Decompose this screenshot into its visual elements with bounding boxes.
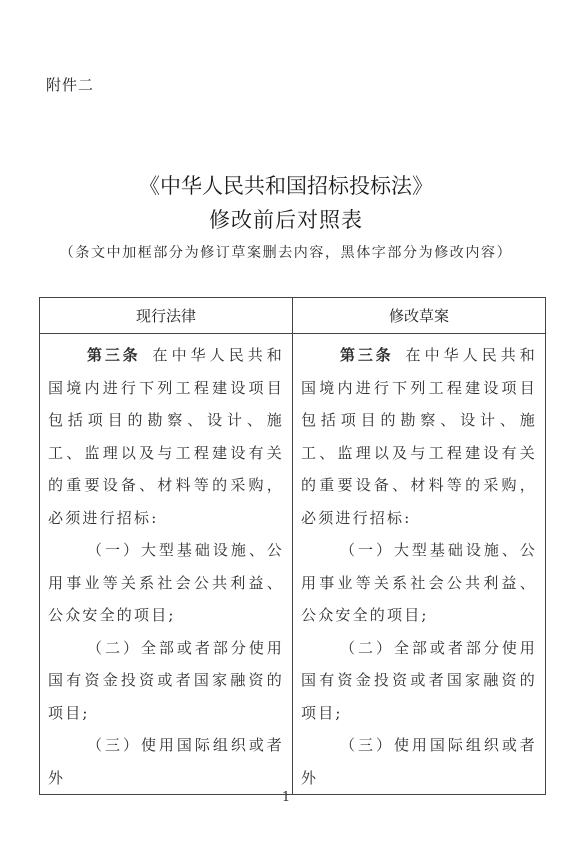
item-paragraph: （二）全部或者部分使用国有资金投资或者国家融资的项目; bbox=[301, 632, 537, 730]
document-subtitle: 修改前后对照表 bbox=[0, 204, 572, 234]
table-row: 第三条在中华人民共和国境内进行下列工程建设项目包括项目的勘察、设计、施工、监理以… bbox=[40, 334, 546, 795]
table-header-row: 现行法律 修改草案 bbox=[40, 298, 546, 334]
item-paragraph: （三）使用国际组织或者外 bbox=[48, 729, 284, 794]
header-current-law: 现行法律 bbox=[40, 298, 293, 334]
item-paragraph: （二）全部或者部分使用国有资金投资或者国家融资的项目; bbox=[48, 632, 284, 730]
article-paragraph: 第三条在中华人民共和国境内进行下列工程建设项目包括项目的勘察、设计、施工、监理以… bbox=[301, 339, 537, 534]
header-draft-amendment: 修改草案 bbox=[293, 298, 546, 334]
paragraph-text: 在中华人民共和国境内进行下列工程建设项目包括项目的勘察、设计、施工、监理以及与工… bbox=[48, 346, 284, 527]
comparison-table: 现行法律 修改草案 第三条在中华人民共和国境内进行下列工程建设项目包括项目的勘察… bbox=[39, 297, 546, 795]
item-paragraph: （三）使用国际组织或者外 bbox=[301, 729, 537, 794]
article-paragraph: 第三条在中华人民共和国境内进行下列工程建设项目包括项目的勘察、设计、施工、监理以… bbox=[48, 339, 284, 534]
page-number: 1 bbox=[0, 790, 572, 805]
item-paragraph: （一）大型基础设施、公用事业等关系社会公共利益、公众安全的项目; bbox=[301, 534, 537, 632]
item-paragraph: （一）大型基础设施、公用事业等关系社会公共利益、公众安全的项目; bbox=[48, 534, 284, 632]
article-label: 第三条 bbox=[87, 346, 141, 364]
attachment-label: 附件二 bbox=[46, 74, 94, 95]
paragraph-text: 在中华人民共和国境内进行下列工程建设项目包括项目的勘察、设计、施工、监理以及与工… bbox=[301, 346, 537, 527]
current-law-cell: 第三条在中华人民共和国境内进行下列工程建设项目包括项目的勘察、设计、施工、监理以… bbox=[40, 334, 293, 795]
draft-amendment-cell: 第三条在中华人民共和国境内进行下列工程建设项目包括项目的勘察、设计、施工、监理以… bbox=[293, 334, 546, 795]
article-label: 第三条 bbox=[340, 346, 394, 364]
document-title: 《中华人民共和国招标投标法》 bbox=[0, 170, 572, 200]
editing-note: （条文中加框部分为修订草案删去内容，黑体字部分为修改内容） bbox=[0, 242, 572, 262]
